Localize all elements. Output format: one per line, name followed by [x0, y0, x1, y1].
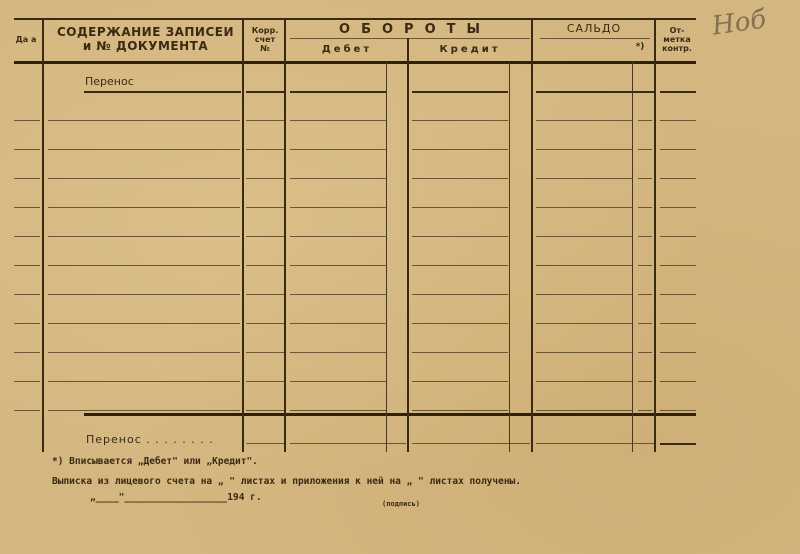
ledger-row-line: [14, 352, 40, 353]
ledger-row-line: [246, 265, 284, 266]
ledger-row-line: [638, 236, 652, 237]
ledger-row-line: [536, 294, 632, 295]
ledger-row-line: [290, 236, 386, 237]
totals-top-border: [84, 413, 696, 416]
ledger-row-line: [660, 120, 696, 121]
ledger-row-line: [638, 178, 652, 179]
carry-over-top-label: Перенос: [85, 75, 134, 88]
ledger-row-line: [290, 323, 386, 324]
ledger-row-line: [246, 178, 284, 179]
ledger-row-line: [290, 178, 386, 179]
carry-top-line-credit: [412, 91, 508, 93]
handwritten-note: Ноб: [710, 4, 768, 41]
ledger-row-line: [536, 149, 632, 150]
footnote: *) Вписывается „Дебет" или „Кредит".: [52, 456, 258, 467]
header-corr-line1: Корр.: [245, 26, 285, 35]
ledger-row-line: [412, 120, 508, 121]
header-bottom-border: [14, 61, 696, 64]
ledger-row-line: [536, 352, 632, 353]
ledger-row-line: [14, 410, 40, 411]
ledger-row-line: [638, 381, 652, 382]
ledger-row-line: [412, 323, 508, 324]
ledger-row-line: [246, 381, 284, 382]
ledger-row-line: [290, 149, 386, 150]
header-corr-line3: №: [245, 44, 285, 53]
ledger-row-line: [412, 410, 508, 411]
ledger-row-line: [48, 120, 240, 121]
ledger-row-line: [290, 265, 386, 266]
ledger-row-line: [638, 265, 652, 266]
ledger-row-line: [290, 352, 386, 353]
ledger-row-line: [412, 178, 508, 179]
ledger-row-line: [660, 236, 696, 237]
ledger-row-line: [14, 207, 40, 208]
ledger-row-line: [412, 381, 508, 382]
ledger-row-line: [48, 265, 240, 266]
col-divider-balance: [654, 18, 656, 452]
carry-top-line-content: [84, 91, 241, 93]
ledger-row-line: [48, 323, 240, 324]
header-turnover: ОБОРОТЫ: [300, 22, 530, 37]
col-divider-corr: [284, 18, 286, 452]
ledger-row-line: [638, 207, 652, 208]
ledger-row-line: [48, 294, 240, 295]
ledger-row-line: [638, 294, 652, 295]
ledger-row-line: [14, 178, 40, 179]
ledger-row-line: [536, 207, 632, 208]
ledger-row-line: [246, 323, 284, 324]
ledger-row-line: [638, 149, 652, 150]
ledger-row-line: [660, 410, 696, 411]
ledger-row-line: [536, 381, 632, 382]
ledger-row-line: [14, 236, 40, 237]
ledger-row-line: [14, 149, 40, 150]
ledger-row-line: [660, 178, 696, 179]
ledger-row-line: [660, 352, 696, 353]
col-divider-credit-kop: [509, 62, 510, 452]
signature-label: (подпись): [382, 500, 420, 508]
ledger-row-line: [660, 323, 696, 324]
ledger-row-line: [412, 149, 508, 150]
ledger-row-line: [246, 410, 284, 411]
ledger-row-line: [290, 381, 386, 382]
header-mark-line2: метка: [657, 35, 697, 44]
ledger-row-line: [536, 265, 632, 266]
ledger-row-line: [48, 410, 240, 411]
turnover-underline: [290, 38, 530, 39]
ledger-row-line: [290, 410, 386, 411]
carry-bottom-line-credit: [412, 443, 530, 444]
ledger-row-line: [246, 294, 284, 295]
ledger-row-line: [536, 236, 632, 237]
col-divider-debit-kop: [386, 62, 387, 452]
ledger-row-line: [638, 410, 652, 411]
col-divider-turnover: [531, 18, 533, 452]
header-corr-line2: счет: [245, 35, 285, 44]
table-top-border: [14, 18, 696, 20]
header-content-line1: СОДЕРЖАНИЕ ЗАПИСЕИ: [48, 26, 243, 39]
ledger-row-line: [48, 178, 240, 179]
carry-over-bottom-label: Перенос . . . . . . . .: [86, 433, 214, 446]
ledger-row-line: [412, 265, 508, 266]
ledger-row-line: [14, 294, 40, 295]
ledger-row-line: [638, 352, 652, 353]
carry-bottom-line-mark: [660, 443, 696, 445]
ledger-row-line: [290, 207, 386, 208]
statement-text: Выписка из лицевого счета на „ " листах …: [52, 476, 521, 487]
ledger-row-line: [638, 120, 652, 121]
carry-bottom-line-balance: [536, 443, 654, 444]
carry-top-line-mark: [660, 91, 696, 93]
carry-top-line-debit: [290, 91, 386, 93]
ledger-row-line: [660, 294, 696, 295]
col-divider-content: [242, 18, 244, 452]
carry-bottom-line-corr: [246, 443, 284, 444]
ledger-row-line: [660, 149, 696, 150]
header-content-line2: и № ДОКУМЕНТА: [48, 40, 243, 53]
ledger-row-line: [412, 236, 508, 237]
header-debit: Дебет: [287, 44, 407, 55]
ledger-row-line: [246, 207, 284, 208]
carry-top-line-balance: [536, 91, 654, 93]
ledger-row-line: [290, 294, 386, 295]
col-divider-balance-kop: [632, 62, 633, 452]
ledger-row-line: [14, 265, 40, 266]
ledger-row-line: [412, 294, 508, 295]
ledger-row-line: [48, 149, 240, 150]
header-mark-line1: От-: [657, 26, 697, 35]
ledger-row-line: [660, 207, 696, 208]
ledger-row-line: [14, 381, 40, 382]
ledger-row-line: [660, 381, 696, 382]
header-credit: Кредит: [410, 44, 530, 55]
ledger-row-line: [48, 381, 240, 382]
ledger-row-line: [412, 352, 508, 353]
ledger-row-line: [246, 352, 284, 353]
ledger-row-line: [536, 178, 632, 179]
ledger-row-line: [246, 120, 284, 121]
balance-underline: [540, 38, 650, 39]
carry-bottom-line-debit: [290, 443, 406, 444]
ledger-row-line: [536, 323, 632, 324]
header-date: Да а: [10, 35, 42, 44]
ledger-row-line: [246, 149, 284, 150]
ledger-row-line: [48, 207, 240, 208]
header-balance: САЛЬДО: [534, 22, 654, 35]
date-line: „____"__________________194 г.: [90, 492, 262, 503]
col-divider-debit-credit: [407, 38, 409, 452]
header-balance-note: *): [630, 42, 650, 52]
ledger-row-line: [412, 207, 508, 208]
ledger-row-line: [48, 236, 240, 237]
ledger-row-line: [660, 265, 696, 266]
ledger-row-line: [638, 323, 652, 324]
ledger-row-line: [246, 236, 284, 237]
col-divider-date: [42, 18, 44, 452]
carry-top-line-corr: [246, 91, 284, 93]
ledger-row-line: [14, 120, 40, 121]
ledger-row-line: [290, 120, 386, 121]
ledger-row-line: [48, 352, 240, 353]
ledger-row-line: [536, 410, 632, 411]
ledger-row-line: [14, 323, 40, 324]
ledger-row-line: [536, 120, 632, 121]
header-mark-line3: контр.: [657, 44, 697, 53]
